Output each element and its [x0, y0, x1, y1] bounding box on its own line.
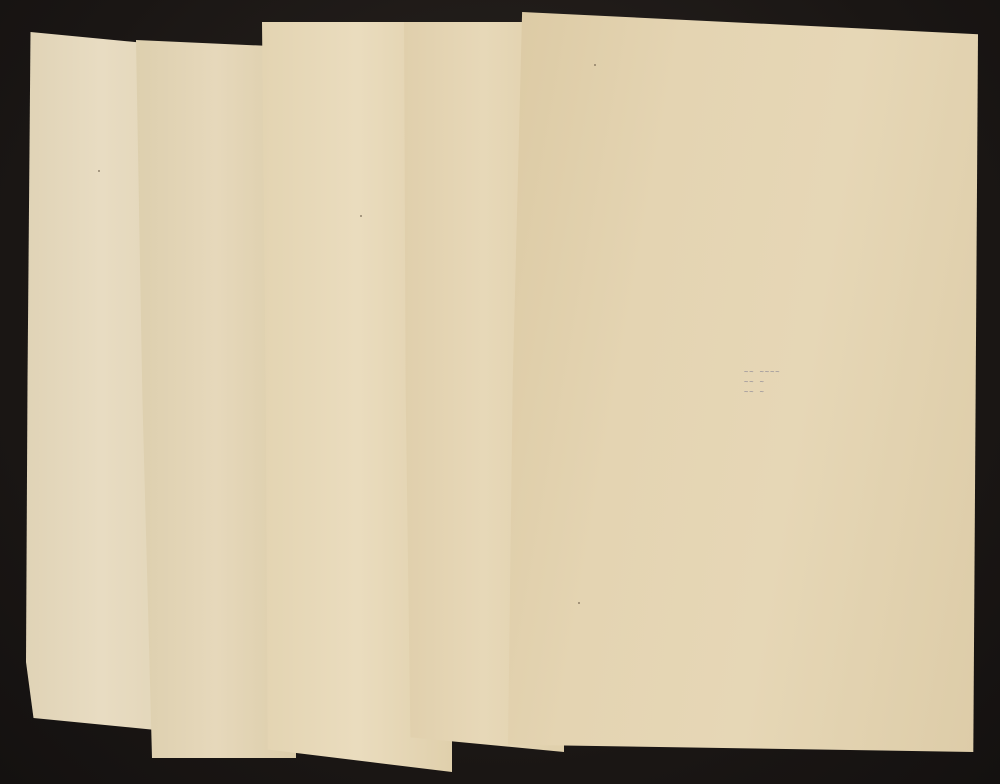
mark-line: ~~ ~: [744, 377, 781, 387]
speck: [360, 215, 362, 217]
mark-line: ~~ ~~~~: [744, 367, 781, 377]
speck: [578, 602, 580, 604]
faint-stamp-marks: ~~ ~~~~ ~~ ~ ~~ ~: [744, 367, 781, 397]
speck: [98, 170, 100, 172]
mark-line: ~~ ~: [744, 387, 781, 397]
paper-sheet-5: ~~ ~~~~ ~~ ~ ~~ ~: [508, 12, 978, 752]
speck: [594, 64, 596, 66]
